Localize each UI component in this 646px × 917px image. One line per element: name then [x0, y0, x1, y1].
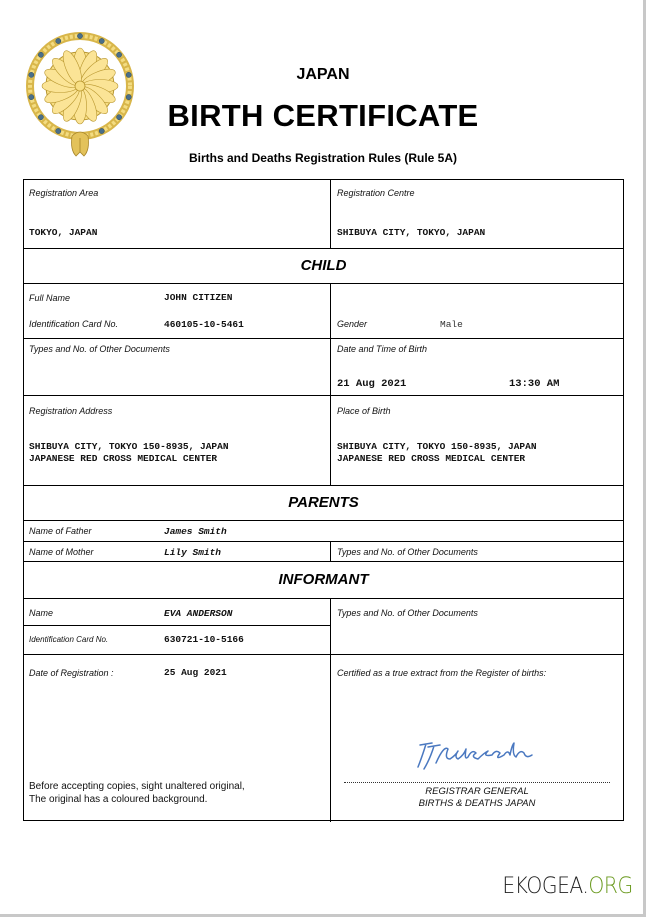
divider	[24, 395, 623, 396]
section-child-title: CHILD	[24, 257, 623, 274]
informant-name-value: EVA ANDERSON	[164, 608, 232, 619]
informant-id-value: 630721-10-5166	[164, 634, 244, 645]
parents-other-docs-label: Types and No. of Other Documents	[337, 547, 478, 557]
divider	[24, 248, 623, 249]
child-pob-line2: JAPANESE RED CROSS MEDICAL CENTER	[337, 453, 525, 464]
child-pob-label: Place of Birth	[337, 406, 391, 416]
registration-centre-label: Registration Centre	[337, 188, 415, 198]
child-dob-time: 13:30 AM	[509, 378, 559, 390]
divider	[330, 541, 331, 561]
certificate-form: Registration Area TOKYO, JAPAN Registrat…	[23, 179, 624, 821]
informant-other-docs-label: Types and No. of Other Documents	[337, 608, 478, 618]
child-id-value: 460105-10-5461	[164, 319, 244, 330]
child-gender-value: Male	[440, 319, 463, 330]
date-of-registration-label: Date of Registration :	[29, 668, 114, 678]
child-address-label: Registration Address	[29, 406, 112, 416]
father-name-value: James Smith	[164, 526, 227, 537]
child-pob-line1: SHIBUYA CITY, TOKYO 150-8935, JAPAN	[337, 441, 537, 452]
child-full-name-label: Full Name	[29, 293, 70, 303]
mother-name-value: Lily Smith	[164, 547, 221, 558]
copy-notice-line2: The original has a coloured background.	[29, 793, 245, 806]
divider	[24, 625, 330, 626]
child-address-line1: SHIBUYA CITY, TOKYO 150-8935, JAPAN	[29, 441, 229, 452]
divider	[330, 283, 331, 485]
copy-notice-line1: Before accepting copies, sight unaltered…	[29, 780, 245, 793]
document-title: BIRTH CERTIFICATE	[0, 98, 646, 134]
child-address-line2: JAPANESE RED CROSS MEDICAL CENTER	[29, 453, 217, 464]
copy-notice: Before accepting copies, sight unaltered…	[29, 780, 245, 806]
country-heading: JAPAN	[0, 66, 646, 84]
watermark-brand: EKOGEA.ORG	[503, 874, 633, 899]
divider	[330, 598, 331, 822]
certified-label: Certified as a true extract from the Reg…	[337, 668, 546, 678]
section-parents-title: PARENTS	[24, 494, 623, 511]
imperial-emblem-icon	[22, 28, 138, 162]
registrar-line1: REGISTRAR GENERAL	[344, 786, 610, 798]
section-informant-title: INFORMANT	[24, 571, 623, 588]
child-full-name-value: JOHN CITIZEN	[164, 292, 232, 303]
divider	[24, 654, 623, 655]
registration-area-value: TOKYO, JAPAN	[29, 227, 97, 238]
divider	[24, 598, 623, 599]
registrar-line2: BIRTHS & DEATHS JAPAN	[344, 798, 610, 810]
divider	[24, 541, 623, 542]
brand-suffix: ORG	[589, 874, 633, 899]
child-gender-label: Gender	[337, 319, 367, 329]
registrar-signature-icon	[414, 735, 536, 775]
registration-area-label: Registration Area	[29, 188, 98, 198]
brand-main: EKOGEA.	[503, 874, 589, 899]
divider	[24, 283, 623, 284]
child-dob-date: 21 Aug 2021	[337, 378, 406, 390]
signature-line	[344, 782, 610, 783]
divider	[24, 485, 623, 486]
divider	[24, 561, 623, 562]
date-of-registration-value: 25 Aug 2021	[164, 667, 227, 678]
mother-name-label: Name of Mother	[29, 547, 94, 557]
document-subtitle: Births and Deaths Registration Rules (Ru…	[0, 151, 646, 165]
registrar-title: REGISTRAR GENERAL BIRTHS & DEATHS JAPAN	[344, 786, 610, 810]
divider	[24, 520, 623, 521]
child-dob-label: Date and Time of Birth	[337, 344, 427, 354]
informant-name-label: Name	[29, 608, 53, 618]
registration-centre-value: SHIBUYA CITY, TOKYO, JAPAN	[337, 227, 485, 238]
child-id-label: Identification Card No.	[29, 319, 118, 329]
divider	[24, 338, 623, 339]
divider	[330, 180, 331, 248]
child-other-docs-label: Types and No. of Other Documents	[29, 344, 170, 354]
father-name-label: Name of Father	[29, 526, 92, 536]
informant-id-label: Identification Card No.	[29, 635, 108, 644]
